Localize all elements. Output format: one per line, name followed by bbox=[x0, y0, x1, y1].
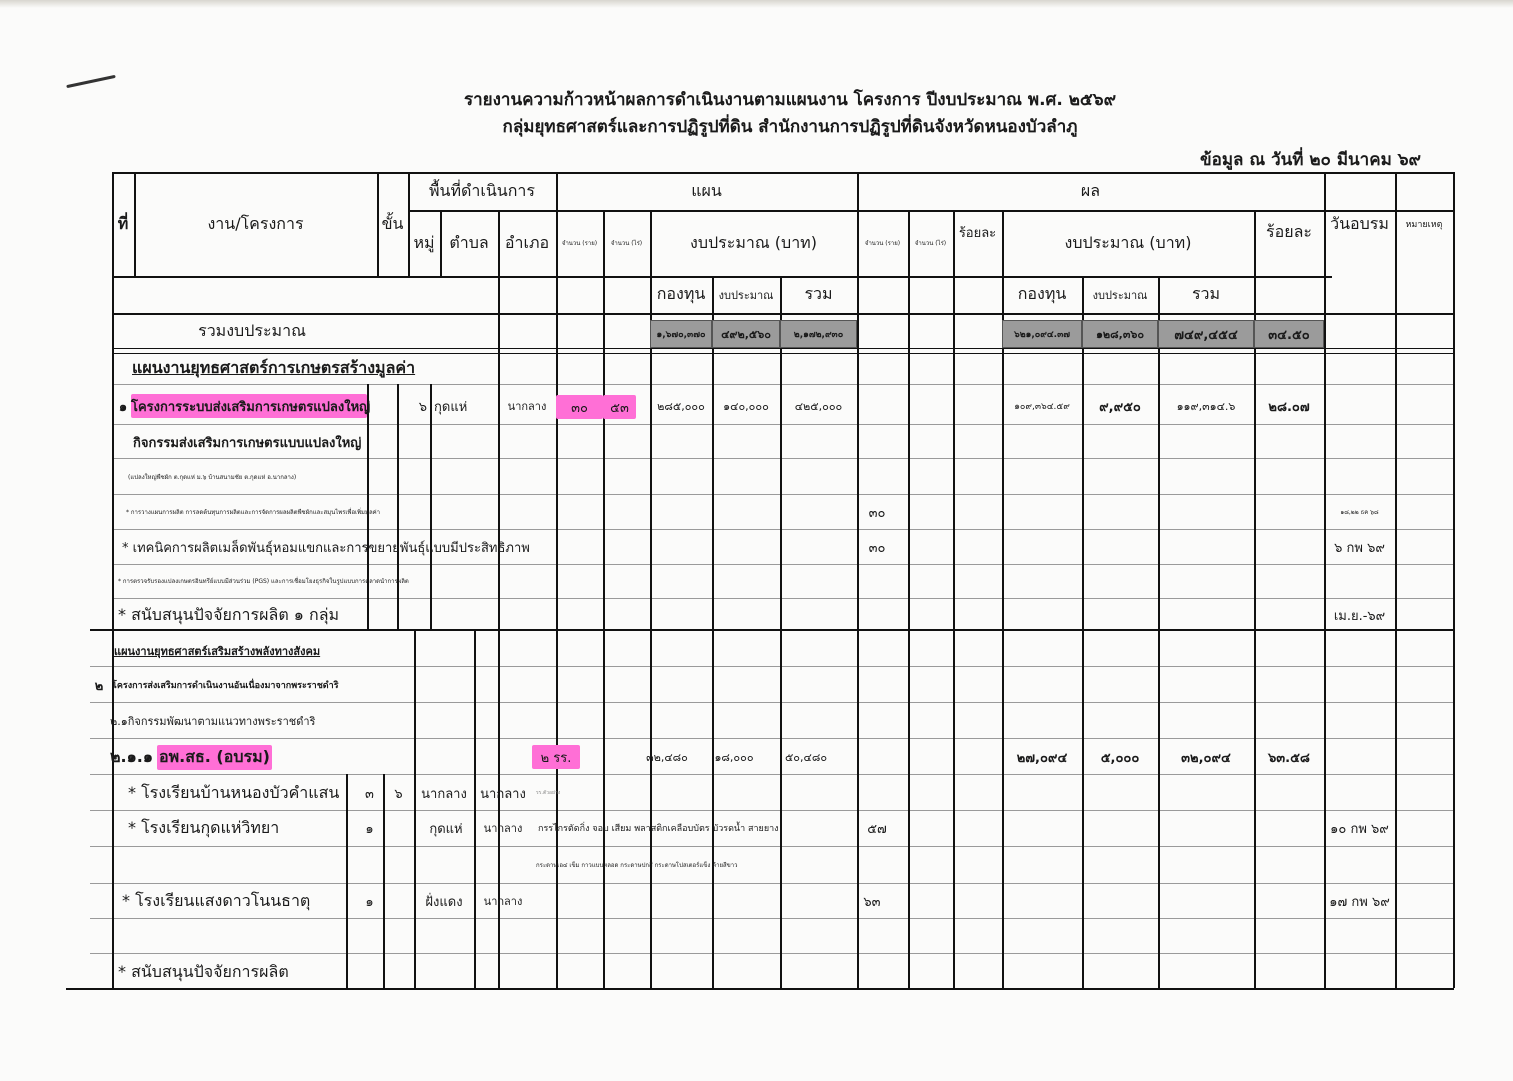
section1-result-total: ๑๑๙,๓๑๔.๖ bbox=[1158, 390, 1254, 422]
section1-item-2-people: ๓๐ bbox=[857, 531, 897, 563]
section1-item-2: * เทคนิคการผลิตเมล็ดพันธุ์หอมแขกและการขย… bbox=[122, 531, 552, 563]
header-result-fund: กองทุน bbox=[1002, 276, 1082, 313]
summary-result-total: ๗๔๙,๔๕๔ bbox=[1158, 320, 1254, 348]
summary-plan-budget: ๔๙๒,๕๖๐ bbox=[712, 320, 780, 348]
school-2-subdistrict: กุดแห่ bbox=[414, 812, 478, 844]
summary-result-fund: ๖๒๑,๐๙๔.๓๗ bbox=[1002, 320, 1082, 348]
header-stage: ขั้น bbox=[377, 172, 408, 276]
school-1-note: รร.ตัวอย่าง bbox=[536, 777, 580, 809]
section1-plan-fund: ๒๘๕,๐๐๐ bbox=[650, 390, 712, 422]
school-3-stage: ๑ bbox=[356, 885, 383, 917]
section1-item-1-people: ๓๐ bbox=[857, 497, 897, 527]
section2-plan-fund: ๓๒,๔๘๐ bbox=[634, 740, 700, 774]
scan-edge bbox=[0, 0, 1513, 8]
section2-heading: แผนงานยุทธศาสตร์เสริมสร้างพลังทางสังคม bbox=[114, 636, 414, 666]
school-3-date: ๑๗ กพ ๖๙ bbox=[1324, 885, 1395, 917]
school-materials-line1: กรรไกรตัดกิ่ง จอบ เสียม พลาสติกเคลือบบัต… bbox=[538, 812, 838, 844]
section1-plan-rai: ๕๓ bbox=[603, 395, 636, 419]
section1-item-3: * การตรวจรับรองแปลงเกษตรอินทรีย์แบบมีส่ว… bbox=[118, 567, 548, 595]
section2-no: ๒ bbox=[88, 670, 110, 700]
section2-sub-prefix: ๒.๑.๑ bbox=[110, 745, 153, 770]
scanned-page: รายงานความก้าวหน้าผลการดำเนินงานตามแผนงา… bbox=[0, 0, 1513, 1081]
header-remark: หมายเหตุ bbox=[1395, 172, 1453, 276]
header-plan-rai: จำนวน (ไร่) bbox=[603, 210, 650, 276]
header-plan-budget-col: งบประมาณ bbox=[712, 276, 780, 313]
section1-result-budget: ๙,๙๕๐ bbox=[1082, 390, 1158, 422]
school-1-district: นากลาง bbox=[474, 777, 532, 809]
section1-activity: กิจกรรมส่งเสริมการเกษตรแบบแปลงใหญ่ bbox=[133, 426, 369, 458]
section2-plan-people: ๒ รร. bbox=[532, 745, 580, 769]
header-result-percent-area: ร้อยละ bbox=[953, 210, 1002, 254]
section2-plan-budget: ๑๘,๐๐๐ bbox=[700, 740, 768, 774]
school-1-village: ๖ bbox=[383, 777, 414, 809]
section2-plan-total: ๕๐,๔๘๐ bbox=[770, 740, 842, 774]
school-2-stage: ๑ bbox=[356, 812, 383, 844]
header-result-people: จำนวน (ราย) bbox=[857, 210, 908, 276]
summary-result-percent: ๓๔.๕๐ bbox=[1254, 320, 1324, 348]
summary-plan-total: ๒,๑๗๒,๙๓๐ bbox=[780, 320, 857, 348]
section1-result-percent: ๒๘.๐๗ bbox=[1254, 390, 1324, 422]
school-1-stage: ๓ bbox=[356, 777, 383, 809]
section2-result-budget: ๕,๐๐๐ bbox=[1082, 740, 1158, 774]
report-subtitle: กลุ่มยุทธศาสตร์และการปฏิรูปที่ดิน สำนักง… bbox=[460, 113, 1120, 140]
header-training-date: วันอบรม bbox=[1324, 172, 1395, 276]
school-materials-line2: กระดาษเอ๔ เข็ม กาวแบบหลอด กระดาษปกสี กระ… bbox=[536, 850, 846, 880]
section1-item-4: * สนับสนุนปัจจัยการผลิต ๑ กลุ่ม bbox=[118, 600, 368, 630]
header-plan-total: รวม bbox=[780, 276, 857, 313]
section1-plan-budget: ๑๔๐,๐๐๐ bbox=[712, 390, 780, 422]
header-plan: แผน bbox=[556, 172, 857, 210]
school-3-subdistrict: ฝั่งแดง bbox=[414, 885, 474, 917]
section1-activity-note: (แปลงใหญ่พืชผัก ต.กุดแห่ ม.๖ บ้านสนามชัย… bbox=[128, 462, 366, 492]
summary-label: รวมงบประมาณ bbox=[134, 313, 370, 349]
header-plan-fund: กองทุน bbox=[650, 276, 712, 313]
report-title: รายงานความก้าวหน้าผลการดำเนินงานตามแผนงา… bbox=[460, 86, 1120, 113]
header-result-budget-col: งบประมาณ bbox=[1082, 276, 1158, 313]
summary-result-budget: ๑๒๘,๓๖๐ bbox=[1082, 320, 1158, 348]
school-1-subdistrict: นากลาง bbox=[414, 777, 474, 809]
section1-heading: แผนงานยุทธศาสตร์การเกษตรสร้างมูลค่า bbox=[132, 352, 552, 384]
section1-project: โครงการระบบส่งเสริมการเกษตรแปลงใหญ่ bbox=[131, 394, 367, 418]
section2-subactivity: ๒.๑.๑ อพ.สธ. (อบรม) bbox=[110, 740, 410, 774]
header-plan-budget: งบประมาณ (บาท) bbox=[650, 210, 857, 276]
school-2-people: ๕๗ bbox=[857, 812, 897, 844]
header-result: ผล bbox=[857, 172, 1324, 210]
header-result-budget: งบประมาณ (บาท) bbox=[1002, 210, 1254, 276]
section2-result-fund: ๒๗,๐๙๔ bbox=[1002, 740, 1082, 774]
header-village: หมู่ bbox=[408, 210, 440, 276]
section2-result-percent: ๖๓.๕๘ bbox=[1254, 740, 1324, 774]
section1-district: นากลาง bbox=[498, 390, 556, 422]
section1-item-1-date: ๑๘,๒๒ ธค ๖๘ bbox=[1324, 497, 1395, 527]
section2-project: โครงการส่งเสริมการดำเนินงานอันเนื่องมาจา… bbox=[112, 670, 412, 700]
section2-activity: ๒.๑กิจกรรมพัฒนาตามแนวทางพระราชดำริ bbox=[110, 705, 410, 737]
header-district: อำเภอ bbox=[498, 210, 556, 276]
school-2-date: ๑๐ กพ ๖๙ bbox=[1324, 812, 1395, 844]
school-2-name: * โรงเรียนกุดแห่วิทยา bbox=[128, 812, 348, 844]
section2-support: * สนับสนุนปัจจัยการผลิต bbox=[118, 956, 348, 988]
section1-subdistrict: กุดแห่ bbox=[434, 390, 498, 422]
header-no: ที่ bbox=[112, 172, 134, 276]
section2-result-total: ๓๒,๐๙๔ bbox=[1158, 740, 1254, 774]
school-1-name: * โรงเรียนบ้านหนองบัวคำแสน bbox=[128, 777, 348, 809]
section1-item-4-date: เม.ย.-๖๙ bbox=[1324, 600, 1395, 630]
school-3-name: * โรงเรียนแสงดาวโนนธาตุ bbox=[122, 885, 346, 917]
header-result-percent: ร้อยละ bbox=[1254, 210, 1324, 254]
section1-item-1: * การวางแผนการผลิต การลดต้นทุนการผลิตและ… bbox=[126, 497, 556, 527]
header-result-rai: จำนวน (ไร่) bbox=[908, 210, 953, 276]
pen-mark bbox=[66, 75, 116, 88]
section1-plan-total: ๔๒๕,๐๐๐ bbox=[780, 390, 857, 422]
section1-village: ๖ bbox=[397, 390, 427, 422]
section1-result-fund: ๑๐๙,๓๖๔.๕๙ bbox=[1002, 390, 1082, 422]
as-of-date: ข้อมูล ณ วันที่ ๒๐ มีนาคม ๖๙ bbox=[1200, 146, 1421, 173]
header-plan-people: จำนวน (ราย) bbox=[556, 210, 603, 276]
summary-plan-fund: ๑,๖๗๐,๓๗๐ bbox=[650, 320, 712, 348]
header-project: งาน/โครงการ bbox=[134, 172, 377, 276]
header-subdistrict: ตำบล bbox=[440, 210, 498, 276]
section2-sub-name: อพ.สธ. (อบรม) bbox=[157, 745, 272, 770]
school-2-district: นากลาง bbox=[474, 812, 532, 844]
header-result-total: รวม bbox=[1158, 276, 1254, 313]
header-area: พื้นที่ดำเนินการ bbox=[408, 172, 556, 210]
section1-item-2-date: ๖ กพ ๖๙ bbox=[1324, 531, 1395, 563]
school-3-people: ๖๓ bbox=[852, 885, 892, 917]
school-3-district: นากลาง bbox=[474, 885, 532, 917]
section1-plan-people: ๓๐ bbox=[556, 395, 603, 419]
